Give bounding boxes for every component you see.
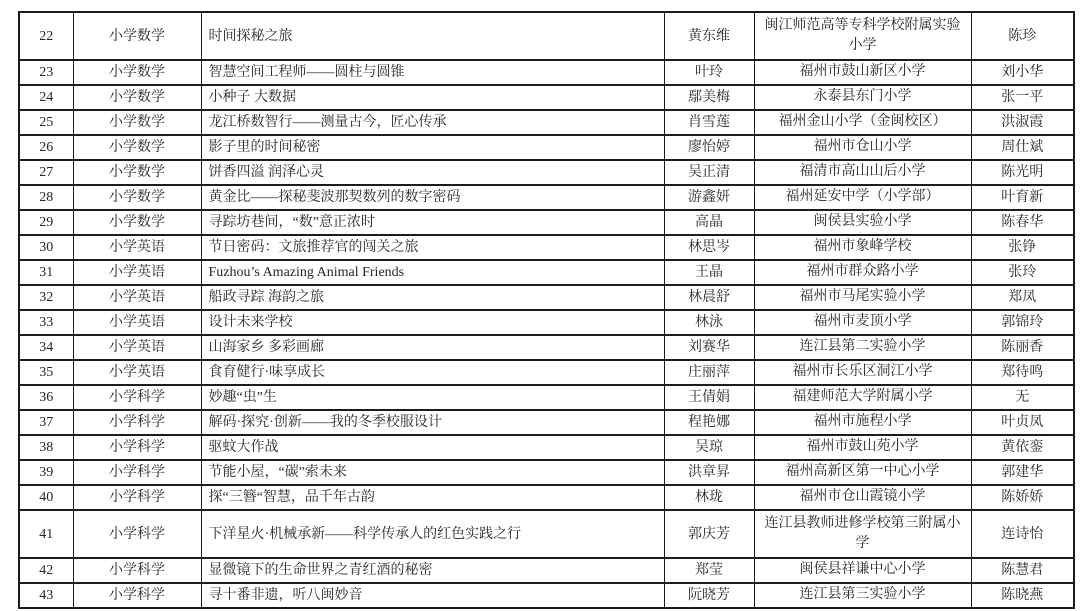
cell-subject: 小学数学: [73, 210, 201, 235]
cell-author: 叶玲: [664, 60, 754, 85]
cell-title: 妙趣“虫”生: [201, 385, 664, 410]
cell-school: 福州市仓山小学: [754, 135, 971, 160]
cell-reviewer: 叶贞凤: [971, 410, 1074, 435]
cell-title: 山海家乡 多彩画廊: [201, 335, 664, 360]
cell-author: 林泳: [664, 310, 754, 335]
cell-no: 38: [19, 435, 73, 460]
cell-school: 连江县教师进修学校第三附属小学: [754, 510, 971, 558]
cell-subject: 小学科学: [73, 385, 201, 410]
cell-subject: 小学英语: [73, 310, 201, 335]
cell-subject: 小学英语: [73, 285, 201, 310]
cell-no: 40: [19, 485, 73, 510]
document-page: 22小学数学时间探秘之旅黄东维闽江师范高等专科学校附属实验小学陈珍23小学数学智…: [0, 0, 1080, 611]
cell-no: 25: [19, 110, 73, 135]
cell-subject: 小学数学: [73, 60, 201, 85]
cell-title: 寻踪坊巷间，“数”意正浓时: [201, 210, 664, 235]
cell-title: 节日密码：文旅推荐官的闯关之旅: [201, 235, 664, 260]
cell-subject: 小学科学: [73, 558, 201, 583]
cell-school: 福建师范大学附属小学: [754, 385, 971, 410]
table-row: 37小学科学解码·探究·创新——我的冬季校服设计程艳娜福州市施程小学叶贞凤: [19, 410, 1074, 435]
cell-title: 探“三簪“智慧，品千年古韵: [201, 485, 664, 510]
cell-author: 林晨舒: [664, 285, 754, 310]
table-row: 38小学科学驱蚊大作战吴琼福州市鼓山苑小学黄依銮: [19, 435, 1074, 460]
cell-author: 程艳娜: [664, 410, 754, 435]
cell-reviewer: 陈春华: [971, 210, 1074, 235]
cell-reviewer: 陈慧君: [971, 558, 1074, 583]
cell-no: 36: [19, 385, 73, 410]
cell-title: 小种子 大数据: [201, 85, 664, 110]
cell-reviewer: 叶育新: [971, 185, 1074, 210]
cell-subject: 小学科学: [73, 485, 201, 510]
cell-reviewer: 周仕斌: [971, 135, 1074, 160]
cell-title: 显微镜下的生命世界之青红酒的秘密: [201, 558, 664, 583]
cell-subject: 小学英语: [73, 260, 201, 285]
cell-author: 鄢美梅: [664, 85, 754, 110]
cell-title: 时间探秘之旅: [201, 12, 664, 60]
cell-reviewer: 陈丽香: [971, 335, 1074, 360]
cell-school: 福清市高山山后小学: [754, 160, 971, 185]
table-row: 35小学英语食育健行·味享成长庄丽萍福州市长乐区洞江小学郑待鸣: [19, 360, 1074, 385]
cell-no: 37: [19, 410, 73, 435]
cell-subject: 小学英语: [73, 335, 201, 360]
cell-no: 28: [19, 185, 73, 210]
cell-author: 王晶: [664, 260, 754, 285]
cell-no: 27: [19, 160, 73, 185]
cell-subject: 小学科学: [73, 583, 201, 608]
cell-title: 下洋星火·机械承新——科学传承人的红色实践之行: [201, 510, 664, 558]
cell-author: 郑莹: [664, 558, 754, 583]
cell-title: 影子里的时间秘密: [201, 135, 664, 160]
table-row: 33小学英语设计未来学校林泳福州市麦顶小学郭锦玲: [19, 310, 1074, 335]
cell-school: 福州市象峰学校: [754, 235, 971, 260]
cell-school: 连江县第三实验小学: [754, 583, 971, 608]
cell-school: 福州市施程小学: [754, 410, 971, 435]
cell-school: 福州市仓山霞镜小学: [754, 485, 971, 510]
table-row: 39小学科学节能小屋，“碳”索未来洪章昇福州高新区第一中心小学郭建华: [19, 460, 1074, 485]
results-table: 22小学数学时间探秘之旅黄东维闽江师范高等专科学校附属实验小学陈珍23小学数学智…: [18, 11, 1075, 609]
cell-title: 设计未来学校: [201, 310, 664, 335]
cell-no: 31: [19, 260, 73, 285]
cell-school: 永泰县东门小学: [754, 85, 971, 110]
cell-no: 23: [19, 60, 73, 85]
cell-school: 福州市长乐区洞江小学: [754, 360, 971, 385]
cell-subject: 小学科学: [73, 435, 201, 460]
cell-author: 高晶: [664, 210, 754, 235]
cell-title: 食育健行·味享成长: [201, 360, 664, 385]
cell-author: 庄丽萍: [664, 360, 754, 385]
table-row: 36小学科学妙趣“虫”生王倩娟福建师范大学附属小学无: [19, 385, 1074, 410]
cell-no: 24: [19, 85, 73, 110]
table-row: 28小学数学黄金比——探秘斐波那契数列的数字密码游鑫妍福州延安中学（小学部）叶育…: [19, 185, 1074, 210]
cell-no: 33: [19, 310, 73, 335]
cell-author: 洪章昇: [664, 460, 754, 485]
table-row: 22小学数学时间探秘之旅黄东维闽江师范高等专科学校附属实验小学陈珍: [19, 12, 1074, 60]
table-row: 42小学科学显微镜下的生命世界之青红酒的秘密郑莹闽侯县祥谦中心小学陈慧君: [19, 558, 1074, 583]
cell-no: 30: [19, 235, 73, 260]
cell-subject: 小学英语: [73, 235, 201, 260]
cell-reviewer: 陈光明: [971, 160, 1074, 185]
cell-subject: 小学科学: [73, 460, 201, 485]
cell-subject: 小学英语: [73, 360, 201, 385]
cell-school: 闽侯县祥谦中心小学: [754, 558, 971, 583]
cell-reviewer: 黄依銮: [971, 435, 1074, 460]
table-row: 34小学英语山海家乡 多彩画廊刘赛华连江县第二实验小学陈丽香: [19, 335, 1074, 360]
cell-school: 福州市麦顶小学: [754, 310, 971, 335]
cell-subject: 小学科学: [73, 410, 201, 435]
cell-subject: 小学数学: [73, 160, 201, 185]
cell-author: 吴琼: [664, 435, 754, 460]
cell-school: 福州市马尾实验小学: [754, 285, 971, 310]
cell-reviewer: 陈珍: [971, 12, 1074, 60]
cell-no: 32: [19, 285, 73, 310]
cell-school: 福州金山小学（金闽校区）: [754, 110, 971, 135]
cell-title: 驱蚊大作战: [201, 435, 664, 460]
cell-reviewer: 郑待鸣: [971, 360, 1074, 385]
cell-title: Fuzhou’s Amazing Animal Friends: [201, 260, 664, 285]
cell-title: 节能小屋，“碳”索未来: [201, 460, 664, 485]
table-row: 30小学英语节日密码：文旅推荐官的闯关之旅林思岑福州市象峰学校张铮: [19, 235, 1074, 260]
cell-reviewer: 陈晓燕: [971, 583, 1074, 608]
table-row: 27小学数学饼香四溢 润泽心灵吴正清福清市高山山后小学陈光明: [19, 160, 1074, 185]
cell-no: 42: [19, 558, 73, 583]
cell-reviewer: 刘小华: [971, 60, 1074, 85]
table-row: 23小学数学智慧空间工程师——圆柱与圆锥叶玲福州市鼓山新区小学刘小华: [19, 60, 1074, 85]
table-row: 41小学科学下洋星火·机械承新——科学传承人的红色实践之行郭庆芳连江县教师进修学…: [19, 510, 1074, 558]
cell-school: 福州市鼓山苑小学: [754, 435, 971, 460]
cell-school: 福州高新区第一中心小学: [754, 460, 971, 485]
cell-author: 郭庆芳: [664, 510, 754, 558]
cell-school: 闽侯县实验小学: [754, 210, 971, 235]
cell-subject: 小学数学: [73, 12, 201, 60]
cell-reviewer: 张铮: [971, 235, 1074, 260]
cell-author: 廖怡婷: [664, 135, 754, 160]
cell-reviewer: 郭锦玲: [971, 310, 1074, 335]
table-row: 40小学科学探“三簪“智慧，品千年古韵林珑福州市仓山霞镜小学陈娇娇: [19, 485, 1074, 510]
results-table-body: 22小学数学时间探秘之旅黄东维闽江师范高等专科学校附属实验小学陈珍23小学数学智…: [19, 12, 1074, 608]
cell-author: 游鑫妍: [664, 185, 754, 210]
cell-no: 43: [19, 583, 73, 608]
cell-school: 闽江师范高等专科学校附属实验小学: [754, 12, 971, 60]
table-row: 32小学英语船政寻踪 海韵之旅林晨舒福州市马尾实验小学郑凤: [19, 285, 1074, 310]
cell-title: 龙江桥数智行——测量古今，匠心传承: [201, 110, 664, 135]
cell-no: 22: [19, 12, 73, 60]
cell-subject: 小学数学: [73, 110, 201, 135]
cell-title: 智慧空间工程师——圆柱与圆锥: [201, 60, 664, 85]
cell-reviewer: 无: [971, 385, 1074, 410]
cell-no: 39: [19, 460, 73, 485]
cell-title: 饼香四溢 润泽心灵: [201, 160, 664, 185]
cell-author: 黄东维: [664, 12, 754, 60]
cell-author: 林珑: [664, 485, 754, 510]
table-row: 29小学数学寻踪坊巷间，“数”意正浓时高晶闽侯县实验小学陈春华: [19, 210, 1074, 235]
cell-reviewer: 张一平: [971, 85, 1074, 110]
cell-author: 肖雪莲: [664, 110, 754, 135]
cell-reviewer: 郑凤: [971, 285, 1074, 310]
cell-school: 福州市群众路小学: [754, 260, 971, 285]
table-row: 24小学数学小种子 大数据鄢美梅永泰县东门小学张一平: [19, 85, 1074, 110]
cell-no: 34: [19, 335, 73, 360]
cell-reviewer: 连诗怡: [971, 510, 1074, 558]
cell-author: 王倩娟: [664, 385, 754, 410]
table-row: 26小学数学影子里的时间秘密廖怡婷福州市仓山小学周仕斌: [19, 135, 1074, 160]
cell-author: 林思岑: [664, 235, 754, 260]
cell-author: 吴正清: [664, 160, 754, 185]
table-row: 25小学数学龙江桥数智行——测量古今，匠心传承肖雪莲福州金山小学（金闽校区）洪淑…: [19, 110, 1074, 135]
cell-title: 解码·探究·创新——我的冬季校服设计: [201, 410, 664, 435]
cell-title: 船政寻踪 海韵之旅: [201, 285, 664, 310]
cell-author: 阮晓芳: [664, 583, 754, 608]
cell-reviewer: 郭建华: [971, 460, 1074, 485]
cell-author: 刘赛华: [664, 335, 754, 360]
cell-school: 连江县第二实验小学: [754, 335, 971, 360]
cell-school: 福州延安中学（小学部）: [754, 185, 971, 210]
cell-subject: 小学数学: [73, 135, 201, 160]
table-row: 43小学科学寻十番非遗，听八闽妙音阮晓芳连江县第三实验小学陈晓燕: [19, 583, 1074, 608]
cell-subject: 小学数学: [73, 185, 201, 210]
cell-no: 29: [19, 210, 73, 235]
cell-reviewer: 张玲: [971, 260, 1074, 285]
cell-title: 寻十番非遗，听八闽妙音: [201, 583, 664, 608]
cell-subject: 小学数学: [73, 85, 201, 110]
cell-school: 福州市鼓山新区小学: [754, 60, 971, 85]
cell-no: 41: [19, 510, 73, 558]
cell-reviewer: 陈娇娇: [971, 485, 1074, 510]
cell-no: 26: [19, 135, 73, 160]
table-row: 31小学英语Fuzhou’s Amazing Animal Friends王晶福…: [19, 260, 1074, 285]
cell-title: 黄金比——探秘斐波那契数列的数字密码: [201, 185, 664, 210]
cell-reviewer: 洪淑霞: [971, 110, 1074, 135]
cell-no: 35: [19, 360, 73, 385]
cell-subject: 小学科学: [73, 510, 201, 558]
